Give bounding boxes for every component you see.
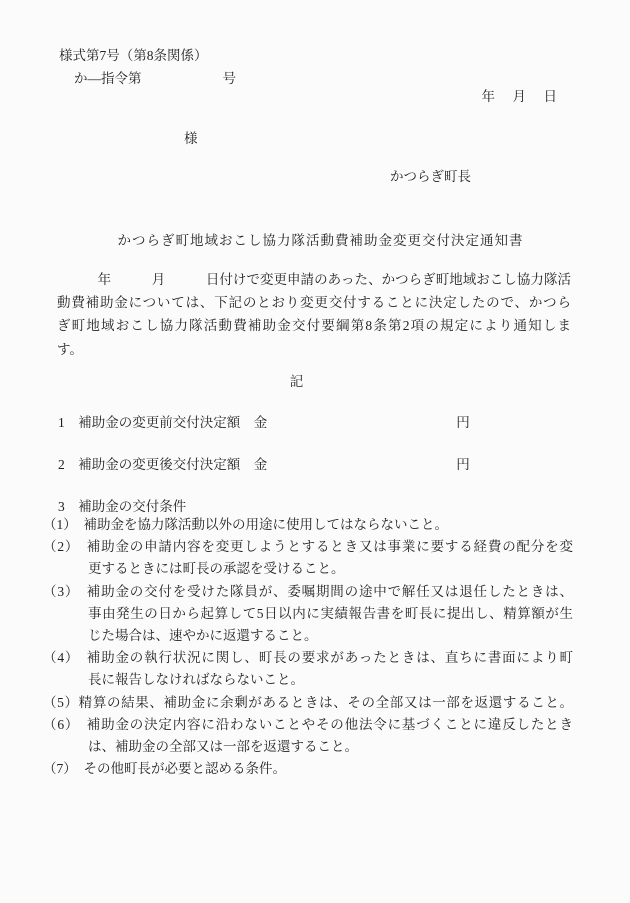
condition-line: 長に報告しなければならないこと。 — [0, 669, 630, 691]
body-line: ぎ町地域おこし協力隊活動費補助金交付要綱第8条第2項の規定により通知しま — [57, 314, 571, 337]
condition-line: 更するときには町長の承認を受けること。 — [0, 558, 630, 580]
condition-line: （5）精算の結果、補助金に余剰があるときは、その全部又は一部を返還すること。 — [0, 692, 630, 714]
condition-line: （7） その他町長が必要と認める条件。 — [0, 758, 630, 780]
condition-line: （3） 補助金の交付を受けた隊員が、委嘱期間の途中で解任又は退任したときは、 — [0, 581, 630, 603]
condition-line: は、補助金の全部又は一部を返還すること。 — [0, 736, 630, 758]
condition-line: （6） 補助金の決定内容に沿わないことやその他法令に基づくことに違反したとき — [0, 714, 630, 736]
sender-mayor: かつらぎ町長 — [390, 166, 471, 188]
body-line: 動費補助金については、下記のとおり変更交付することに決定したので、かつら — [57, 291, 571, 314]
condition-line: （4） 補助金の執行状況に関し、町長の要求があったときは、直ちに書面により町 — [0, 647, 630, 669]
body-line: す。 — [57, 338, 571, 361]
condition-line: 事由発生の日から起算して5日以内に実績報告書を町長に提出し、精算額が生 — [0, 603, 630, 625]
body-line: 年 月 日付けで変更申請のあった、かつらぎ町地域おこし協力隊活 — [57, 268, 571, 291]
amount-after-line: 2 補助金の変更後交付決定額 金 円 — [58, 454, 470, 476]
issue-date: 年 月 日 — [0, 86, 630, 108]
condition-line: （1） 補助金を協力隊活動以外の用途に使用してはならないこと。 — [0, 514, 630, 536]
document-title: かつらぎ町地域おこし協力隊活動費補助金変更交付決定通知書 — [0, 230, 630, 252]
condition-line: （2） 補助金の申請内容を変更しようとするとき又は事業に要する経費の配分を変 — [0, 536, 630, 558]
addressee-suffix: 様 — [184, 128, 198, 150]
form-number: 様式第7号（第8条関係） — [59, 45, 208, 67]
condition-line: じた場合は、速やかに返還すること。 — [0, 625, 630, 647]
amount-before-line: 1 補助金の変更前交付決定額 金 円 — [58, 412, 470, 434]
record-marker: 記 — [0, 371, 630, 393]
notification-document: 様式第7号（第8条関係） か―指令第 号 年 月 日 様 かつらぎ町長 かつらぎ… — [0, 0, 630, 903]
conditions-list: （1） 補助金を協力隊活動以外の用途に使用してはならないこと。 （2） 補助金の… — [0, 514, 630, 780]
body-paragraph: 年 月 日付けで変更申請のあった、かつらぎ町地域おこし協力隊活 動費補助金につい… — [57, 268, 571, 361]
